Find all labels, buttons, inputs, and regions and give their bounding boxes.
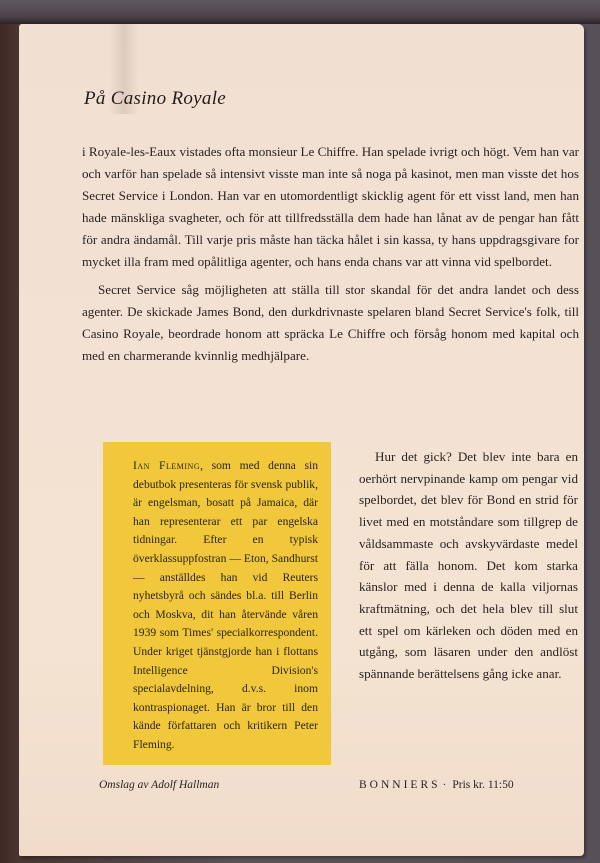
author-bio-text: Ian Fleming, som med denna sin debutbok … (133, 457, 318, 755)
synopsis-text: i Royale-les-Eaux vistades ofta monsieur… (82, 141, 579, 367)
story-teaser-text: Hur det gick? Det blev inte bara en oerh… (359, 446, 578, 685)
cover-credit: Omslag av Adolf Hallman (99, 779, 219, 791)
publisher-name: BONNIERS (359, 779, 441, 791)
price-label: Pris kr. 11:50 (452, 779, 513, 791)
book-back-cover: På Casino Royale i Royale-les-Eaux vista… (19, 24, 584, 856)
page-title: På Casino Royale (84, 88, 226, 110)
synopsis-paragraph-2: Secret Service såg möjligheten att ställ… (82, 279, 579, 367)
author-name: Ian Fleming (133, 459, 200, 472)
synopsis-paragraph-1: i Royale-les-Eaux vistades ofta monsieur… (82, 141, 579, 274)
separator-dot: · (443, 779, 447, 791)
author-bio-body: , som med denna sin debutbok presenteras… (133, 459, 318, 751)
background-top-edge (0, 0, 600, 24)
author-bio-box: Ian Fleming, som med denna sin debutbok … (103, 442, 331, 765)
publisher-price-line: BONNIERS·Pris kr. 11:50 (359, 779, 514, 791)
